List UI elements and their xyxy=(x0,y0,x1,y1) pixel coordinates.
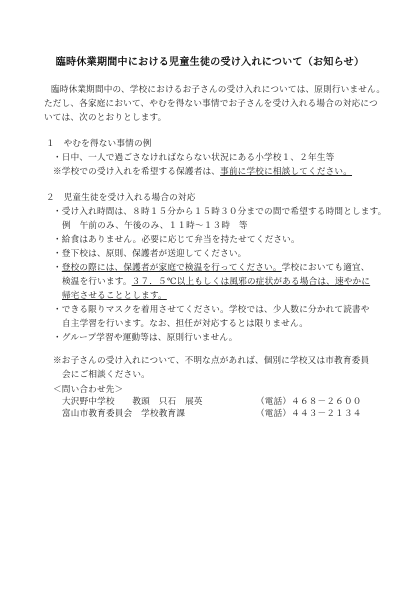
section2-commute: ・登下校は、原則、保護者が送迎してください。 xyxy=(53,248,246,260)
contact-phone-2: （電話）４４３－２１３４ xyxy=(256,408,362,420)
document-title: 臨時休業期間中における児童生徒の受け入れについて（お知らせ） xyxy=(0,53,420,68)
section1-bullet: ・日中、一人で過ごさなければならない状況にある小学校１、２年生等 xyxy=(53,152,334,164)
section1-note-underlined: 事前に学校に相談してください。 xyxy=(220,167,352,177)
closing-note-line-1: ※お子さんの受け入れについて、不明な点があれば、個別に学校又は市教育委員 xyxy=(53,355,369,367)
intro-line-3: いては、次のとおりとします。 xyxy=(44,112,166,124)
intro-line-2: ただし、各家庭において、やむを得ない事情でお子さんを受け入れる場合の対応につ xyxy=(44,98,378,110)
section2-hours-example: 例 午前のみ、午後のみ、１１時～１３時 等 xyxy=(62,220,248,232)
section2-mask-line-2: 自主学習を行います。なお、担任が対応するとは限りません。 xyxy=(62,318,308,330)
section2-hours: ・受け入れ時間は、８時１５分から１５時３０分までの間で希望する時間とします。 xyxy=(53,206,386,218)
section2-mask-line-1: ・できる限りマスクを着用させてください。学校では、少人数に分かれて読書や xyxy=(53,304,370,316)
temperature-underlined-3: 帰宅させることとします。 xyxy=(62,291,167,301)
section1-note: ※学校での受け入れを希望する保護者は、事前に学校に相談してください。 xyxy=(53,166,352,178)
section1-note-text: ※学校での受け入れを希望する保護者は、 xyxy=(53,167,220,177)
contact-heading: ＜問い合わせ先＞ xyxy=(53,384,123,396)
section2-temperature-line-2: 検温を行います。３７．５℃以上もしくは風邪の症状がある場合は、速やかに xyxy=(62,276,370,288)
temperature-underlined-2: ３７．５℃以上もしくは風邪の症状がある場合は、速やかに xyxy=(132,277,370,287)
contact-org-2: 富山市教育委員会 学校教育課 xyxy=(62,408,185,420)
section1-heading: １ やむを得ない事情の例 xyxy=(46,138,152,150)
section2-temperature-line-3: 帰宅させることとします。 xyxy=(62,290,167,302)
bullet: ・ xyxy=(53,263,62,273)
intro-line-1: 臨時休業期間中の、学校におけるお子さんの受け入れについては、原則行いません。 xyxy=(51,84,385,96)
closing-note-line-2: 会にご相談ください。 xyxy=(62,369,150,381)
temperature-plain-1: 学校においても適宜、 xyxy=(282,263,370,273)
contact-phone-1: （電話）４６８－２６００ xyxy=(256,396,362,408)
section2-lunch: ・給食はありません。必要に応じて弁当を持たせてください。 xyxy=(53,234,300,246)
contact-org-1: 大沢野中学校 教頭 只石 展英 xyxy=(62,396,203,408)
temperature-plain-2: 検温を行います。 xyxy=(62,277,132,287)
document-page: 臨時休業期間中における児童生徒の受け入れについて（お知らせ） 臨時休業期間中の、… xyxy=(0,0,420,594)
section2-temperature-line-1: ・登校の際には、保護者が家庭で検温を行ってください。学校においても適宜、 xyxy=(53,262,370,274)
section2-group: ・グループ学習や運動等は、原則行いません。 xyxy=(53,332,238,344)
temperature-underlined-1: 登校の際には、保護者が家庭で検温を行ってください。 xyxy=(62,263,282,273)
section2-heading: ２ 児童生徒を受け入れる場合の対応 xyxy=(46,192,196,204)
